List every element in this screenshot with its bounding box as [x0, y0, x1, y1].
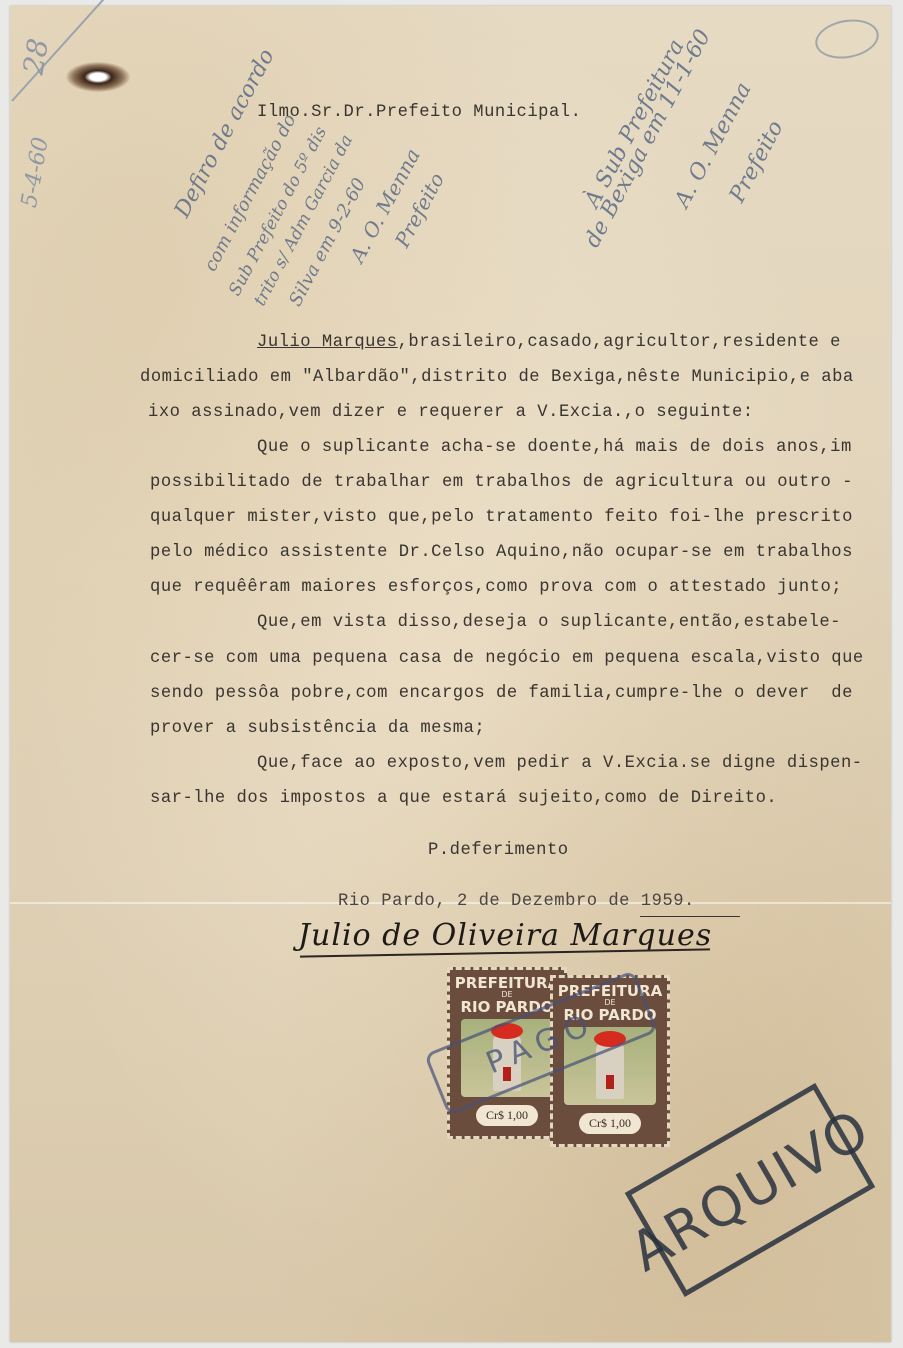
body-line-6: qualquer mister,visto que,pelo tratament… [150, 509, 853, 526]
corner-pencil-number: 28 [16, 36, 55, 77]
body-line-4: Que o suplicante acha-se doente,há mais … [257, 439, 852, 456]
body-line-13: Que,face ao exposto,vem pedir a V.Excia.… [257, 755, 863, 772]
right-handwritten-dispatch: À Sub Prefeitura de Bexiga em 11-1-60 A.… [570, 30, 850, 250]
place-date: Rio Pardo, 2 de Dezembro de 1959. [338, 893, 695, 910]
stamp-title: PREFEITURA [455, 976, 559, 991]
body-line-3: ixo assinado,vem dizer e requerer a V.Ex… [148, 404, 754, 421]
applicant-name: Julio Marques [257, 333, 398, 352]
left-handwritten-dispatch: Defiro de acordo com informação do Sub P… [170, 60, 430, 300]
dispatch-line: Defiro de acordo [170, 45, 280, 222]
signature-line [640, 916, 740, 917]
body-line-10: cer-se com uma pequena casa de negócio e… [150, 650, 864, 667]
body-line-1: Julio Marques,brasileiro,casado,agricult… [257, 334, 841, 351]
dispatch-line: de Bexiga em 11-1-60 [580, 26, 716, 252]
signature: Julio de Oliveira Marques [298, 918, 712, 953]
stamp-value: Cr$ 1,00 [579, 1113, 641, 1134]
body-line-12: prover a subsistência da mesma; [150, 720, 485, 737]
body-line-7: pelo médico assistente Dr.Celso Aquino,n… [150, 544, 853, 561]
body-line-2: domiciliado em "Albardão",distrito de Be… [140, 369, 854, 386]
closing: P.deferimento [428, 842, 569, 859]
body-line-14: sar-lhe dos impostos a que estará sujeit… [150, 790, 777, 807]
body-line-9: Que,em vista disso,deseja o suplicante,e… [257, 614, 841, 631]
body-line-5: possibilitado de trabalhar em trabalhos … [150, 474, 853, 491]
burn-hole [66, 62, 130, 92]
body-line-11: sendo pessôa pobre,com encargos de famil… [150, 685, 853, 702]
body-line-8: que requêêram maiores esforços,como prov… [150, 579, 842, 596]
salutation: Ilmo.Sr.Dr.Prefeito Municipal. [257, 104, 581, 121]
stamp-value: Cr$ 1,00 [476, 1105, 538, 1126]
